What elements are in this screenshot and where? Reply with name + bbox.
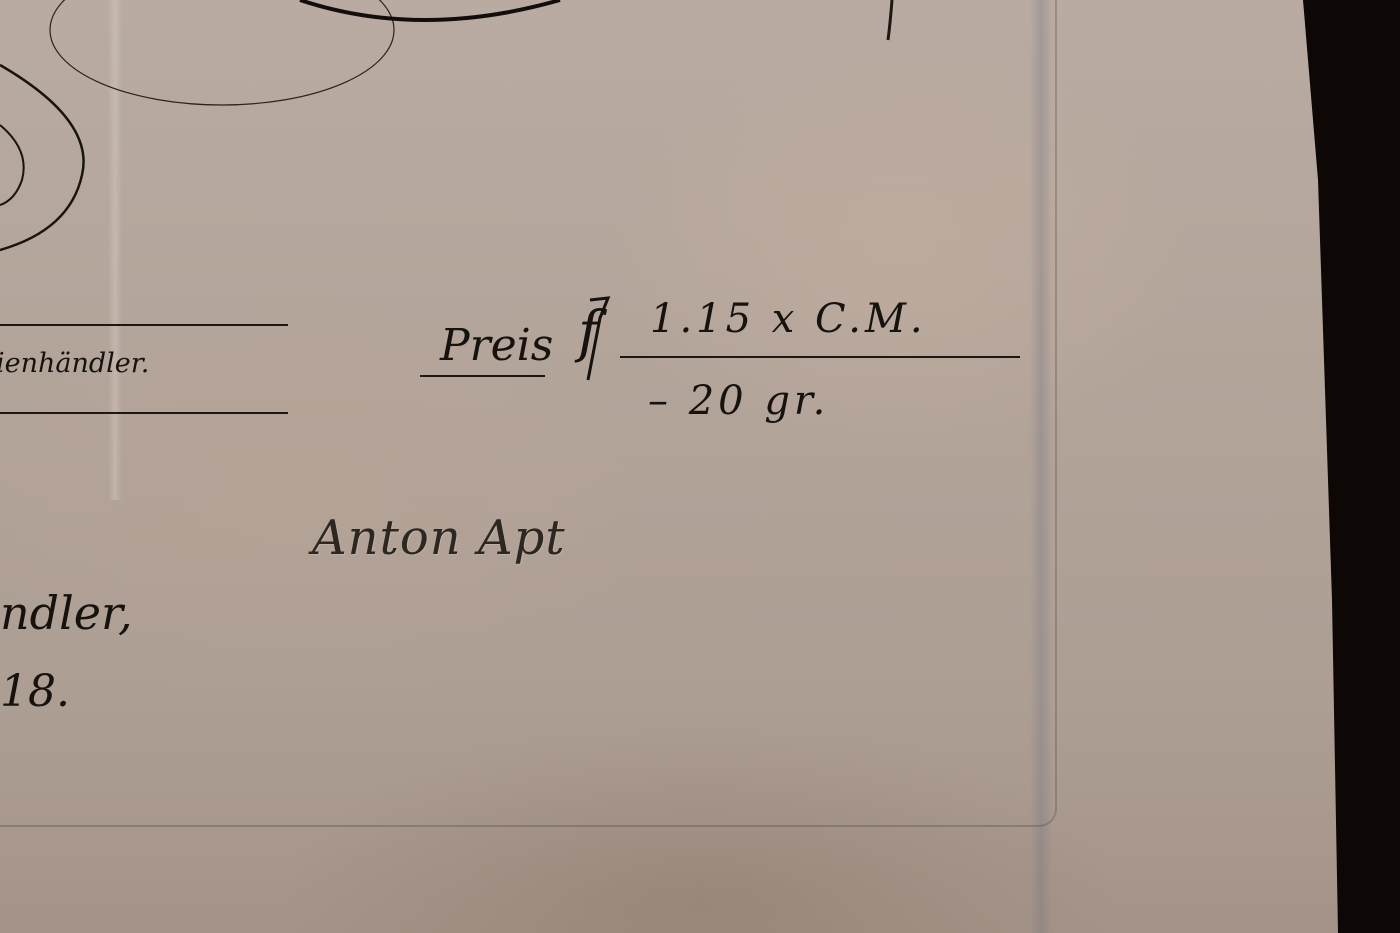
lower-rule-line <box>0 412 288 414</box>
price-currency-symbol: f <box>578 300 599 365</box>
price-label: Preis <box>440 320 553 371</box>
left-fragment-lower-2: 18. <box>0 666 70 717</box>
engraved-flourish-icon <box>0 0 1400 933</box>
price-denominator: – 20 gr. <box>648 378 829 424</box>
upper-rule-line <box>0 324 288 326</box>
signature: Anton Apt <box>312 510 566 566</box>
left-fragment-lower-1: ndler, <box>0 586 133 640</box>
left-fragment-upper: ienhändler. <box>0 348 149 379</box>
price-underline <box>420 375 545 377</box>
price-fraction-line <box>620 356 1020 358</box>
price-numerator: 1.15 x C.M. <box>650 296 927 342</box>
